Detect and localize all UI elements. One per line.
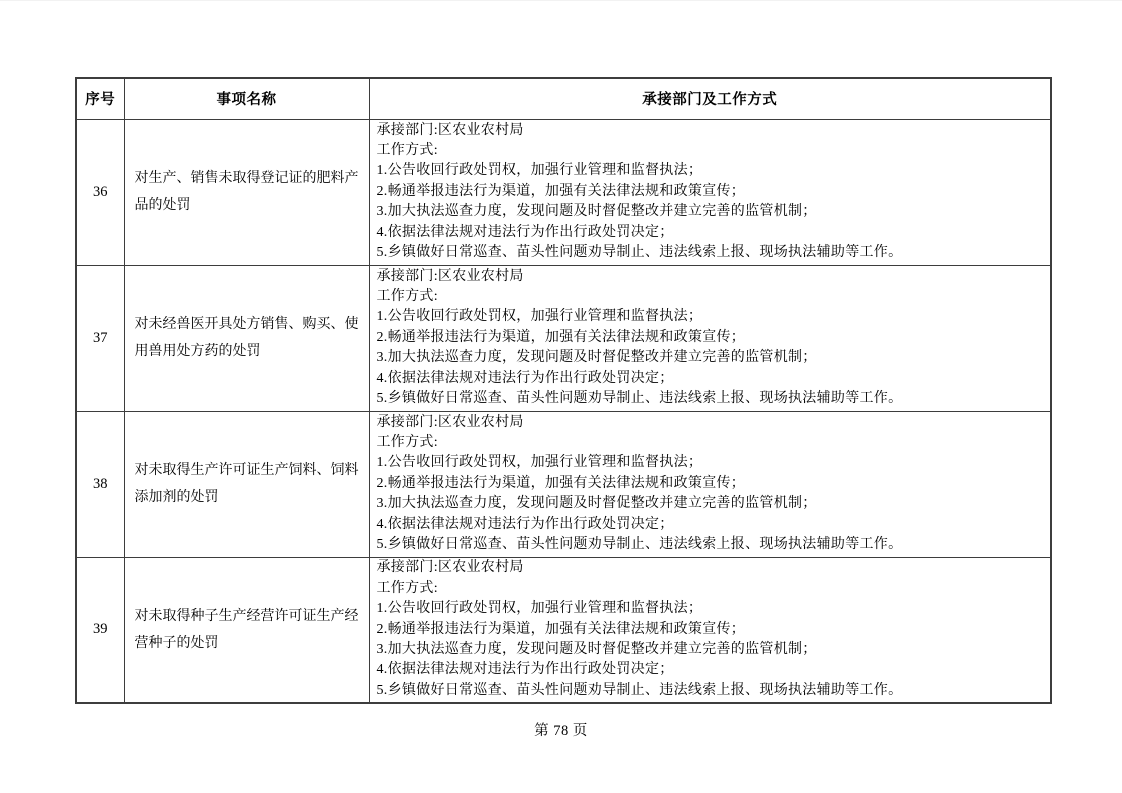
row-name: 对未经兽医开具处方销售、购买、使用兽用处方药的处罚 [124,265,369,411]
detail-line-department: 承接部门:区农业农村局 [377,121,1043,141]
detail-line-item-3: 3.加大执法巡查力度，发现问题及时督促整改并建立完善的监管机制； [377,202,1043,222]
detail-line-item-3: 3.加大执法巡查力度，发现问题及时督促整改并建立完善的监管机制； [377,640,1043,660]
detail-line-item-3: 3.加大执法巡查力度，发现问题及时督促整改并建立完善的监管机制； [377,494,1043,514]
row-seq: 37 [76,265,124,411]
row-seq: 36 [76,119,124,265]
row-detail: 承接部门:区农业农村局 工作方式: 1.公告收回行政处罚权，加强行业管理和监督执… [369,265,1051,411]
detail-line-item-2: 2.畅通举报违法行为渠道，加强有关法律法规和政策宣传； [377,620,1043,640]
detail-line-method-label: 工作方式: [377,287,1043,307]
row-name: 对未取得生产许可证生产饲料、饲料添加剂的处罚 [124,411,369,557]
page-number: 第 78 页 [0,719,1122,740]
row-detail: 承接部门:区农业农村局 工作方式: 1.公告收回行政处罚权，加强行业管理和监督执… [369,119,1051,265]
header-detail: 承接部门及工作方式 [369,78,1051,119]
header-name: 事项名称 [124,78,369,119]
detail-line-item-4: 4.依据法律法规对违法行为作出行政处罚决定； [377,223,1043,243]
detail-line-item-1: 1.公告收回行政处罚权，加强行业管理和监督执法； [377,161,1043,181]
table-row: 37 对未经兽医开具处方销售、购买、使用兽用处方药的处罚 承接部门:区农业农村局… [76,265,1051,411]
table-row: 38 对未取得生产许可证生产饲料、饲料添加剂的处罚 承接部门:区农业农村局 工作… [76,411,1051,557]
table-row: 39 对未取得种子生产经营许可证生产经营种子的处罚 承接部门:区农业农村局 工作… [76,557,1051,703]
detail-line-item-3: 3.加大执法巡查力度，发现问题及时督促整改并建立完善的监管机制； [377,348,1043,368]
table-header-row: 序号 事项名称 承接部门及工作方式 [76,78,1051,119]
detail-line-item-4: 4.依据法律法规对违法行为作出行政处罚决定； [377,660,1043,680]
detail-line-method-label: 工作方式: [377,433,1043,453]
detail-line-item-5: 5.乡镇做好日常巡查、苗头性问题劝导制止、违法线索上报、现场执法辅助等工作。 [377,535,1043,555]
detail-line-item-5: 5.乡镇做好日常巡查、苗头性问题劝导制止、违法线索上报、现场执法辅助等工作。 [377,389,1043,409]
detail-line-item-2: 2.畅通举报违法行为渠道，加强有关法律法规和政策宣传； [377,182,1043,202]
detail-line-item-4: 4.依据法律法规对违法行为作出行政处罚决定； [377,515,1043,535]
header-seq: 序号 [76,78,124,119]
detail-line-item-1: 1.公告收回行政处罚权，加强行业管理和监督执法； [377,307,1043,327]
detail-line-item-2: 2.畅通举报违法行为渠道，加强有关法律法规和政策宣传； [377,474,1043,494]
document-page: 序号 事项名称 承接部门及工作方式 36 对生产、销售未取得登记证的肥料产品的处… [0,0,1122,793]
detail-line-item-4: 4.依据法律法规对违法行为作出行政处罚决定； [377,369,1043,389]
detail-line-item-5: 5.乡镇做好日常巡查、苗头性问题劝导制止、违法线索上报、现场执法辅助等工作。 [377,681,1043,701]
row-name: 对未取得种子生产经营许可证生产经营种子的处罚 [124,557,369,703]
detail-line-method-label: 工作方式: [377,141,1043,161]
detail-line-department: 承接部门:区农业农村局 [377,267,1043,287]
detail-line-department: 承接部门:区农业农村局 [377,558,1043,578]
row-name: 对生产、销售未取得登记证的肥料产品的处罚 [124,119,369,265]
detail-line-item-5: 5.乡镇做好日常巡查、苗头性问题劝导制止、违法线索上报、现场执法辅助等工作。 [377,243,1043,263]
items-table: 序号 事项名称 承接部门及工作方式 36 对生产、销售未取得登记证的肥料产品的处… [75,77,1052,704]
detail-line-department: 承接部门:区农业农村局 [377,413,1043,433]
row-detail: 承接部门:区农业农村局 工作方式: 1.公告收回行政处罚权，加强行业管理和监督执… [369,557,1051,703]
detail-line-item-1: 1.公告收回行政处罚权，加强行业管理和监督执法； [377,599,1043,619]
row-seq: 38 [76,411,124,557]
table-row: 36 对生产、销售未取得登记证的肥料产品的处罚 承接部门:区农业农村局 工作方式… [76,119,1051,265]
detail-line-item-2: 2.畅通举报违法行为渠道，加强有关法律法规和政策宣传； [377,328,1043,348]
detail-line-method-label: 工作方式: [377,579,1043,599]
row-seq: 39 [76,557,124,703]
row-detail: 承接部门:区农业农村局 工作方式: 1.公告收回行政处罚权，加强行业管理和监督执… [369,411,1051,557]
detail-line-item-1: 1.公告收回行政处罚权，加强行业管理和监督执法； [377,453,1043,473]
